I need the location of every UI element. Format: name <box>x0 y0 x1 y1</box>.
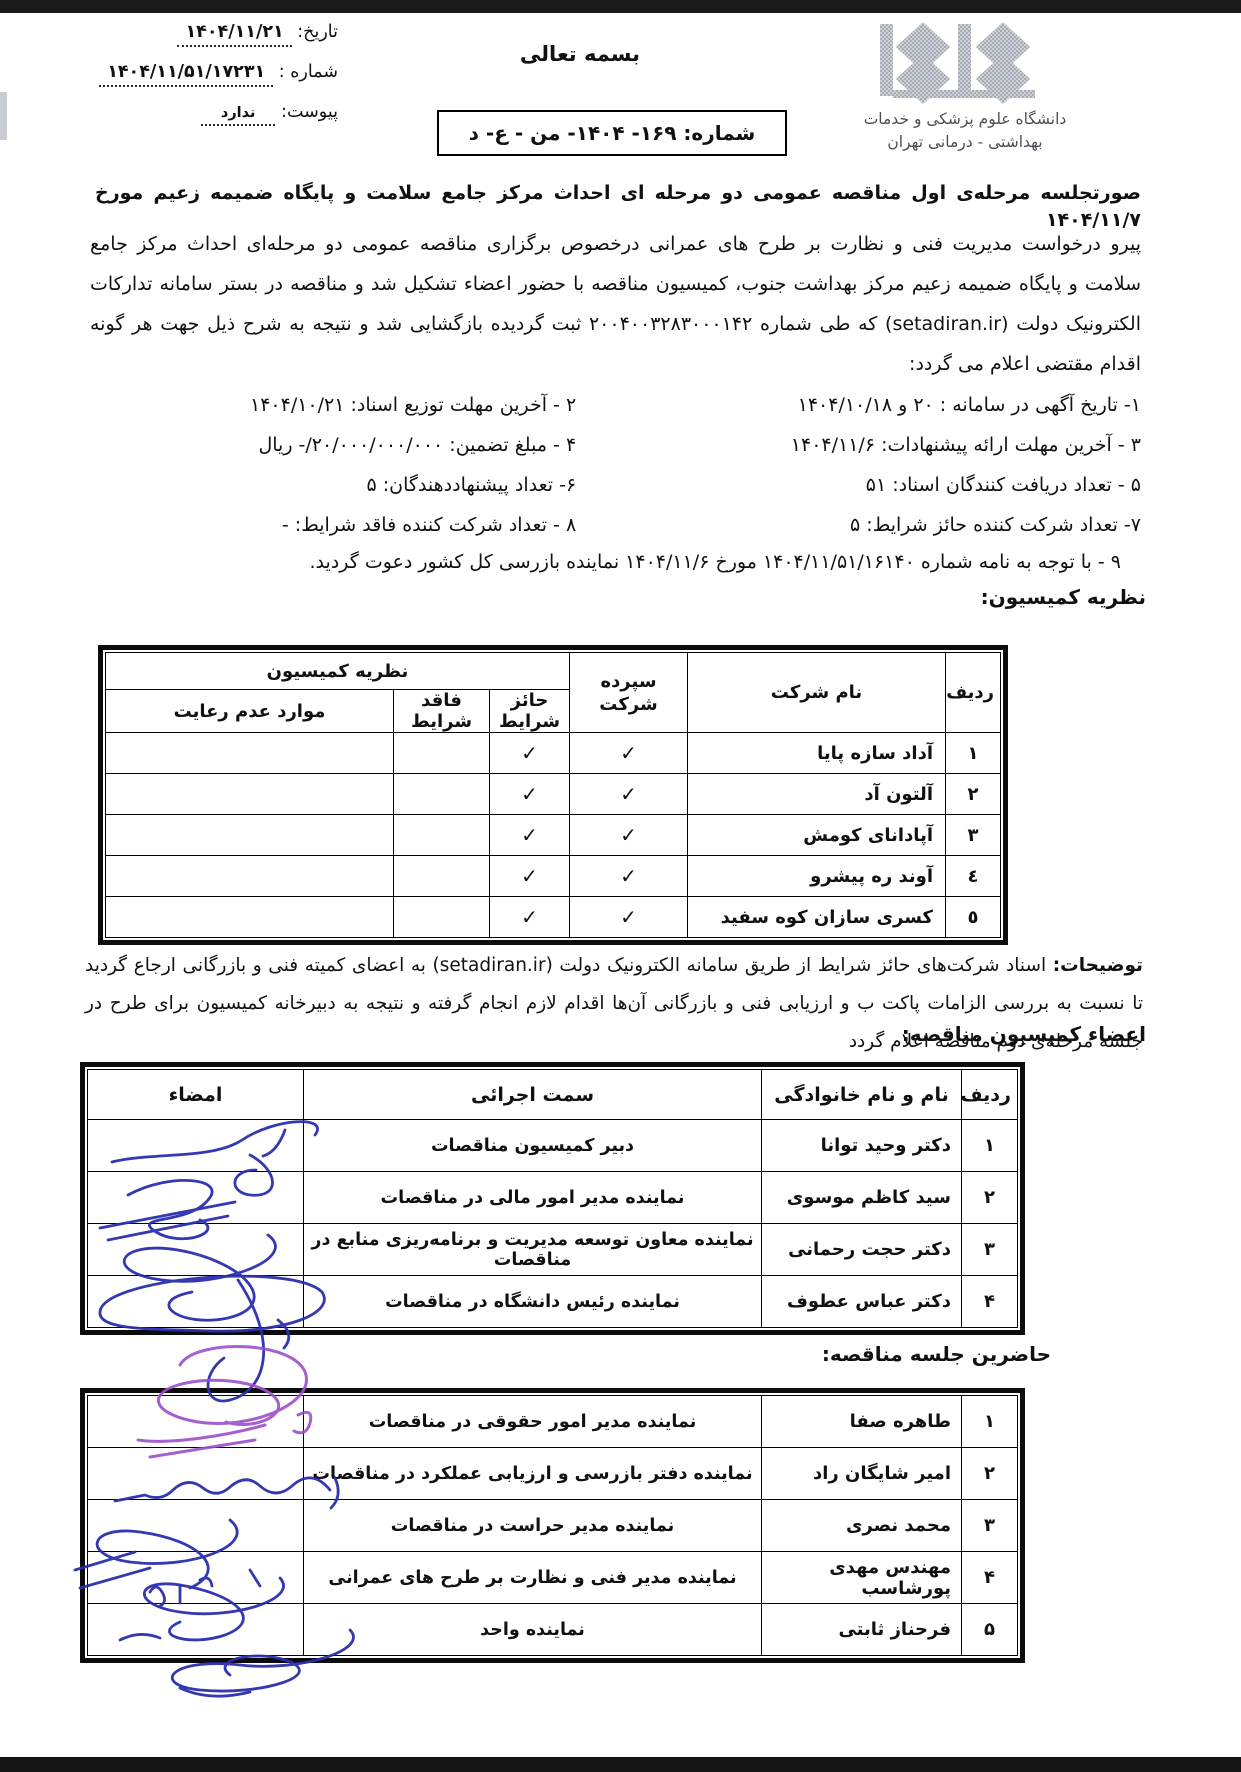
member-role: نماینده معاون توسعه مدیریت و برنامه‌ریزی… <box>304 1224 762 1276</box>
unqualified-cell <box>394 815 490 856</box>
table-row: ۴ دکتر عباس عطوف نماینده رئیس دانشگاه در… <box>88 1276 1018 1328</box>
attendee-role: نماینده مدیر فنی و نظارت بر طرح های عمرا… <box>304 1552 762 1604</box>
noncompliance-cell <box>106 733 394 774</box>
row-number: ۳ <box>962 1500 1018 1552</box>
signature-cell <box>88 1552 304 1604</box>
commission-opinion-heading: نظریه کمیسیون: <box>981 585 1146 609</box>
qualified-checkmark: ✓ <box>490 856 570 897</box>
letterhead-date: تاریخ: ۱۴۰۴/۱۱/۲۱ <box>58 22 338 47</box>
row-number: ۱ <box>962 1120 1018 1172</box>
qualified-checkmark: ✓ <box>490 897 570 938</box>
commission-opinion-table: ردیف نام شرکت سپرده شرکت نظریه کمیسیون ح… <box>98 645 1008 945</box>
table-row: ۳ دکتر حجت رحمانی نماینده معاون توسعه مد… <box>88 1224 1018 1276</box>
attendee-name: طاهره صفا <box>762 1396 962 1448</box>
date-value: ۱۴۰۴/۱۱/۲۱ <box>177 22 291 47</box>
deposit-checkmark: ✓ <box>570 733 688 774</box>
signature-cell <box>88 1224 304 1276</box>
scan-edge-top <box>0 0 1241 13</box>
table-row: ۵ فرحناز ثابتی نماینده واحد <box>88 1604 1018 1656</box>
fact-item-1: ۱- تاریخ آگهی در سامانه : ۲۰ و ۱۴۰۴/۱۰/۱… <box>576 385 1141 425</box>
col-header-company: نام شرکت <box>688 653 946 733</box>
attendee-role: نماینده واحد <box>304 1604 762 1656</box>
attendee-name: محمد نصری <box>762 1500 962 1552</box>
row-number: ٥ <box>946 897 1001 938</box>
row-number: ۴ <box>962 1276 1018 1328</box>
number-value: ۱۴۰۴/۱۱/۵۱/۱۷۲۳۱ <box>99 62 273 87</box>
noncompliance-cell <box>106 897 394 938</box>
row-number: ۱ <box>946 733 1001 774</box>
row-number: ۵ <box>962 1604 1018 1656</box>
signature-cell <box>88 1120 304 1172</box>
row-number: ۳ <box>962 1224 1018 1276</box>
fact-item-3: ۳ - آخرین مهلت ارائه پیشنهادات: ۱۴۰۴/۱۱/… <box>576 425 1141 465</box>
university-emblem-icon <box>878 16 1048 106</box>
company-name: آداد سازه پایا <box>688 733 946 774</box>
company-name: آوند ره پیشرو <box>688 856 946 897</box>
university-name-line2: بهداشتی - درمانی تهران <box>852 131 1078 154</box>
fact-item-5: ۵ - تعداد دریافت کنندگان اسناد: ۵۱ <box>576 465 1141 505</box>
university-name: دانشگاه علوم پزشکی و خدمات بهداشتی - درم… <box>852 108 1078 154</box>
table-row: ۳ آپادانای کومش ✓ ✓ <box>106 815 1001 856</box>
table-row: ۲ سید کاظم موسوی نماینده مدیر امور مالی … <box>88 1172 1018 1224</box>
attendees-table: ۱ طاهره صفا نماینده مدیر امور حقوقی در م… <box>80 1388 1025 1663</box>
row-number: ۲ <box>962 1448 1018 1500</box>
noncompliance-cell <box>106 815 394 856</box>
commission-members-heading: اعضاء کمیسیون مناقصه: <box>902 1022 1146 1046</box>
note-label: توضیحات: <box>1053 955 1143 976</box>
member-name: دکتر عباس عطوف <box>762 1276 962 1328</box>
qualified-checkmark: ✓ <box>490 733 570 774</box>
table-row: ۱ طاهره صفا نماینده مدیر امور حقوقی در م… <box>88 1396 1018 1448</box>
signature-cell <box>88 1448 304 1500</box>
col-header-noncompliance: موارد عدم رعایت <box>106 690 394 733</box>
row-number: ۱ <box>962 1396 1018 1448</box>
deposit-checkmark: ✓ <box>570 774 688 815</box>
company-name: آلتون آد <box>688 774 946 815</box>
qualified-checkmark: ✓ <box>490 774 570 815</box>
member-role: دبیر کمیسیون مناقصات <box>304 1120 762 1172</box>
company-name: آپادانای کومش <box>688 815 946 856</box>
besmellah-text: بسمه تعالی <box>430 42 730 66</box>
attendee-role: نماینده مدیر امور حقوقی در مناقصات <box>304 1396 762 1448</box>
member-name: دکتر وحید توانا <box>762 1120 962 1172</box>
fact-item-2: ۲ - آخرین مهلت توزیع اسناد: ۱۴۰۴/۱۰/۲۱ <box>95 385 576 425</box>
row-number: ۲ <box>962 1172 1018 1224</box>
attendee-name: امیر شایگان راد <box>762 1448 962 1500</box>
number-label: شماره : <box>279 62 338 82</box>
fact-item-7: ۷- تعداد شرکت کننده حائز شرایط: ۵ <box>576 505 1141 545</box>
table-row: ۴ مهندس مهدی پورشاسب نماینده مدیر فنی و … <box>88 1552 1018 1604</box>
fact-item-4: ۴ - مبلغ تضمین: ۲۰/۰۰۰/۰۰۰/۰۰۰/- ریال <box>95 425 576 465</box>
unqualified-cell <box>394 897 490 938</box>
col-header-opinion-group: نظریه کمیسیون <box>106 653 570 690</box>
unqualified-cell <box>394 774 490 815</box>
attendee-role: نماینده دفتر بازرسی و ارزیابی عملکرد در … <box>304 1448 762 1500</box>
row-number: ٤ <box>946 856 1001 897</box>
table-row: ۳ محمد نصری نماینده مدیر حراست در مناقصا… <box>88 1500 1018 1552</box>
row-number: ۴ <box>962 1552 1018 1604</box>
deposit-checkmark: ✓ <box>570 897 688 938</box>
deposit-checkmark: ✓ <box>570 856 688 897</box>
scanned-document-page: تاریخ: ۱۴۰۴/۱۱/۲۱ شماره : ۱۴۰۴/۱۱/۵۱/۱۷۲… <box>0 0 1241 1772</box>
attendee-name: فرحناز ثابتی <box>762 1604 962 1656</box>
deposit-checkmark: ✓ <box>570 815 688 856</box>
col-header-deposit: سپرده شرکت <box>570 653 688 733</box>
document-number-box: شماره: ۱۶۹- ۱۴۰۴- من - ع- د <box>437 110 787 156</box>
col-header-unqualified: فاقد شرایط <box>394 690 490 733</box>
letterhead-attachment: پیوست: ندارد <box>58 102 338 126</box>
noncompliance-cell <box>106 774 394 815</box>
member-name: سید کاظم موسوی <box>762 1172 962 1224</box>
intro-paragraph: پیرو درخواست مدیریت فنی و نظارت بر طرح ه… <box>90 224 1141 384</box>
noncompliance-cell <box>106 856 394 897</box>
row-number: ۲ <box>946 774 1001 815</box>
company-name: کسری سازان کوه سفید <box>688 897 946 938</box>
member-role: نماینده رئیس دانشگاه در مناقصات <box>304 1276 762 1328</box>
fact-item-9: ۹ - با توجه به نامه شماره ۱۴۰۴/۱۱/۵۱/۱۶۱… <box>90 547 1121 577</box>
attendees-heading: حاضرین جلسه مناقصه: <box>822 1342 1051 1366</box>
signature-cell <box>88 1276 304 1328</box>
col-header-qualified: حائز شرایط <box>490 690 570 733</box>
tender-facts-list: ۱- تاریخ آگهی در سامانه : ۲۰ و ۱۴۰۴/۱۰/۱… <box>95 385 1141 545</box>
member-role: نماینده مدیر امور مالی در مناقصات <box>304 1172 762 1224</box>
member-name: دکتر حجت رحمانی <box>762 1224 962 1276</box>
scan-artifact <box>0 92 7 140</box>
table-row: ۲ امیر شایگان راد نماینده دفتر بازرسی و … <box>88 1448 1018 1500</box>
signature-cell <box>88 1500 304 1552</box>
col-header-row-number: ردیف <box>946 653 1001 733</box>
unqualified-cell <box>394 856 490 897</box>
fact-item-6: ۶- تعداد پیشنهاددهندگان: ۵ <box>95 465 576 505</box>
attendee-role: نماینده مدیر حراست در مناقصات <box>304 1500 762 1552</box>
scan-edge-bottom <box>0 1757 1241 1772</box>
table-row: ۲ آلتون آد ✓ ✓ <box>106 774 1001 815</box>
letterhead-number: شماره : ۱۴۰۴/۱۱/۵۱/۱۷۲۳۱ <box>58 62 338 87</box>
table-row: ۱ آداد سازه پایا ✓ ✓ <box>106 733 1001 774</box>
signature-cell <box>88 1172 304 1224</box>
row-number: ۳ <box>946 815 1001 856</box>
col-header-role: سمت اجرائی <box>304 1070 762 1120</box>
attendee-name: مهندس مهدی پورشاسب <box>762 1552 962 1604</box>
university-name-line1: دانشگاه علوم پزشکی و خدمات <box>852 108 1078 131</box>
letterhead-fields: تاریخ: ۱۴۰۴/۱۱/۲۱ شماره : ۱۴۰۴/۱۱/۵۱/۱۷۲… <box>58 22 338 141</box>
qualified-checkmark: ✓ <box>490 815 570 856</box>
commission-members-table: ردیف نام و نام خانوادگی سمت اجرائی امضاء… <box>80 1062 1025 1335</box>
attachment-value: ندارد <box>201 105 276 126</box>
col-header-signature: امضاء <box>88 1070 304 1120</box>
table-row: ٤ آوند ره پیشرو ✓ ✓ <box>106 856 1001 897</box>
signature-cell <box>88 1604 304 1656</box>
unqualified-cell <box>394 733 490 774</box>
attachment-label: پیوست: <box>281 102 338 122</box>
fact-item-8: ۸ - تعداد شرکت کننده فاقد شرایط: - <box>95 505 576 545</box>
col-header-row-number: ردیف <box>962 1070 1018 1120</box>
table-row: ۱ دکتر وحید توانا دبیر کمیسیون مناقصات <box>88 1120 1018 1172</box>
table-row: ٥ کسری سازان کوه سفید ✓ ✓ <box>106 897 1001 938</box>
date-label: تاریخ: <box>297 22 338 42</box>
col-header-fullname: نام و نام خانوادگی <box>762 1070 962 1120</box>
signature-cell <box>88 1396 304 1448</box>
